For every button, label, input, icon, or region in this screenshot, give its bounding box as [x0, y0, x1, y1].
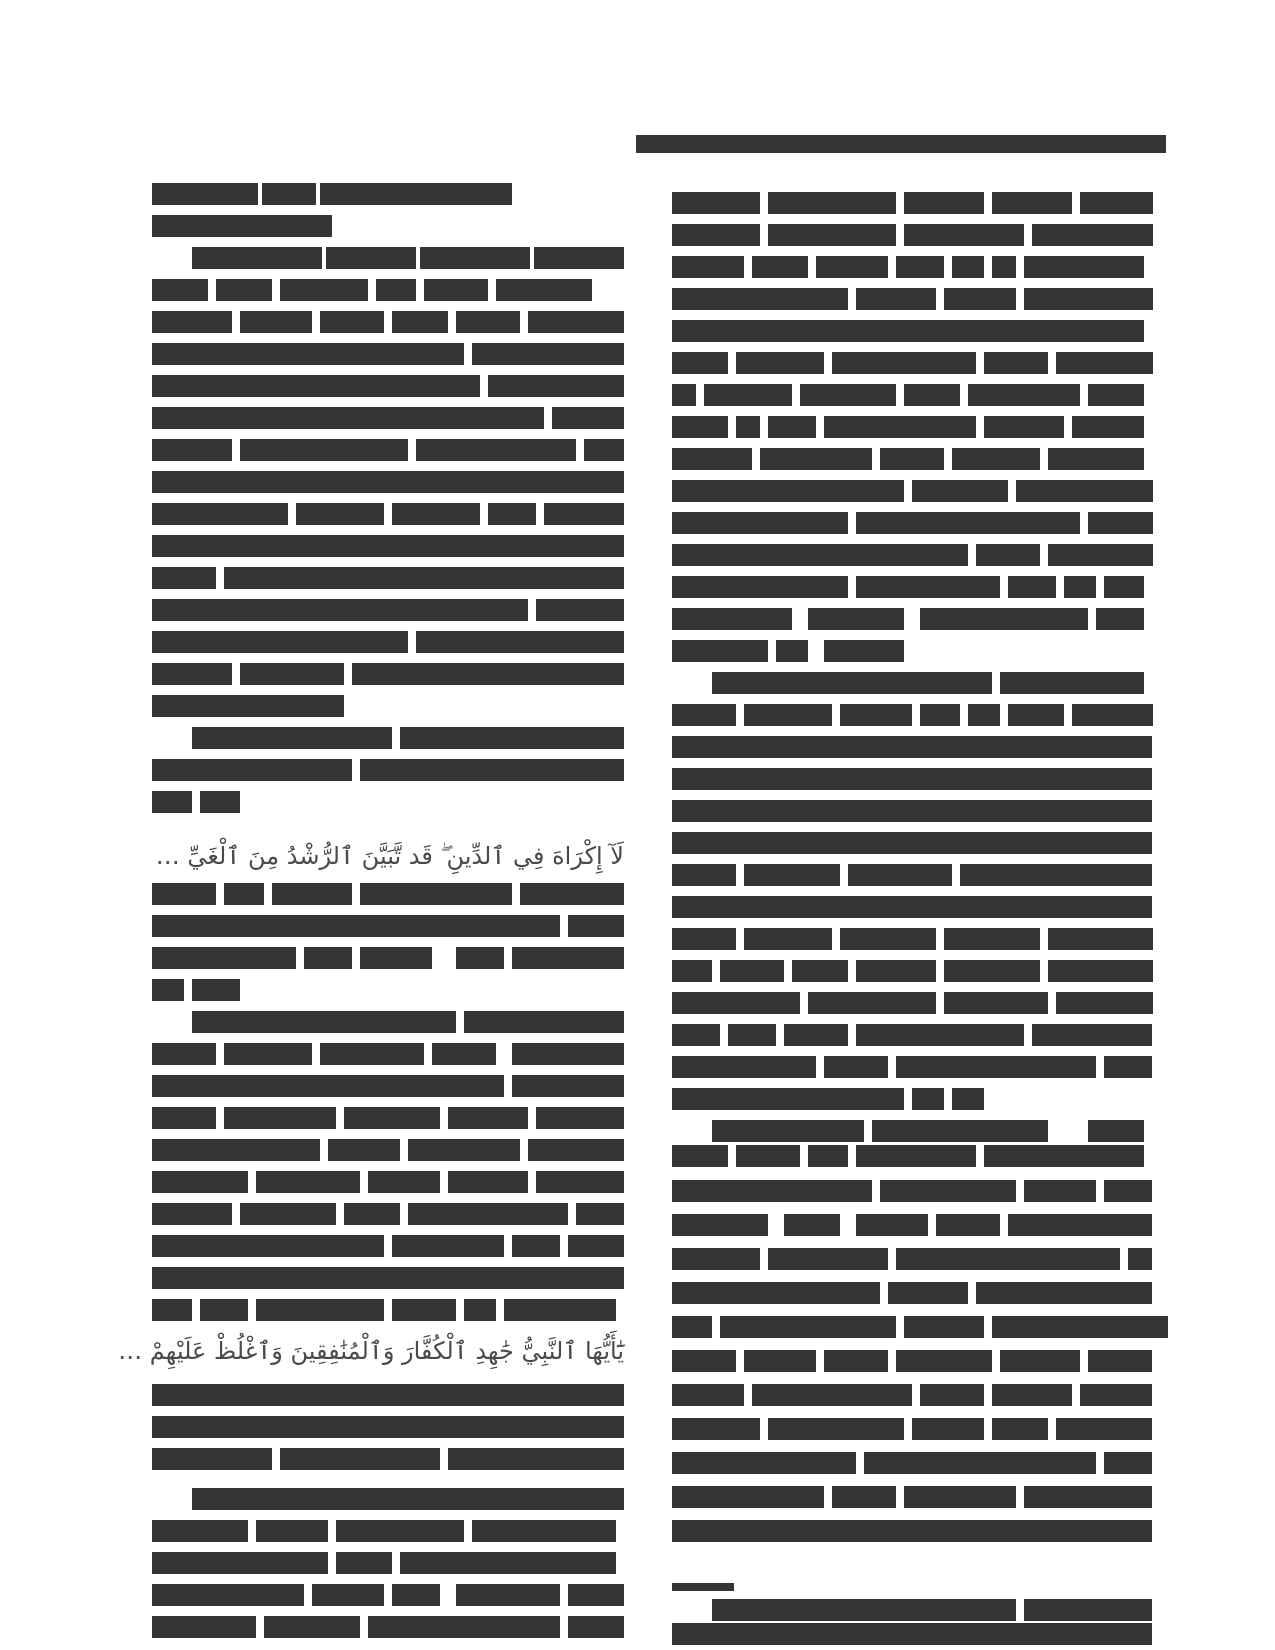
redacted-word: [896, 1056, 1096, 1078]
redacted-word: [152, 883, 216, 905]
redacted-word: [512, 947, 624, 969]
redacted-word: [152, 1552, 328, 1574]
redacted-word: [464, 1011, 624, 1033]
redacted-word: [256, 1520, 328, 1542]
redacted-word: [448, 1171, 488, 1193]
redacted-word: [256, 1171, 360, 1193]
redacted-word: [1072, 704, 1153, 726]
redacted-word: [720, 960, 784, 982]
redacted-word: [672, 1520, 1152, 1542]
redacted-word: [536, 599, 624, 621]
redacted-word: [504, 1299, 616, 1321]
redacted-word: [752, 1384, 832, 1406]
redacted-word: [456, 311, 520, 333]
redacted-word: [968, 704, 1000, 726]
redacted-word: [192, 1488, 624, 1510]
redacted-word: [224, 567, 624, 589]
redacted-word: [896, 1024, 1024, 1046]
redacted-word: [744, 928, 832, 950]
redacted-word: [992, 192, 1072, 214]
redacted-word: [392, 1235, 504, 1257]
redacted-word: [1088, 512, 1153, 534]
redacted-word: [152, 343, 464, 365]
redacted-word: [768, 1418, 904, 1440]
redacted-word: [896, 1350, 992, 1372]
redacted-word: [672, 1623, 1152, 1645]
redacted-word: [800, 384, 896, 406]
redacted-word: [448, 1448, 624, 1470]
redacted-word: [1088, 1120, 1144, 1142]
redacted-word: [152, 439, 232, 461]
redacted-word: [1024, 288, 1153, 310]
redacted-word: [544, 279, 592, 301]
redacted-word: [392, 1299, 456, 1321]
redacted-word: [192, 727, 392, 749]
redacted-word: [152, 1520, 248, 1542]
redacted-word: [808, 1145, 848, 1167]
redacted-word: [672, 1418, 760, 1440]
redacted-word: [832, 352, 976, 374]
redacted-word: [192, 979, 240, 1001]
redacted-word: [672, 928, 736, 950]
redacted-word: [368, 1171, 440, 1193]
redacted-word: [672, 480, 904, 502]
redacted-word: [712, 672, 992, 694]
redacted-word: [272, 883, 352, 905]
redacted-word: [152, 375, 480, 397]
redacted-word: [312, 1584, 384, 1606]
redacted-word: [472, 343, 624, 365]
redacted-word: [672, 736, 1152, 758]
redacted-word: [152, 1267, 624, 1289]
redacted-word: [152, 663, 232, 685]
redacted-word: [944, 992, 1048, 1014]
redacted-word: [528, 311, 624, 333]
redacted-word: [768, 224, 896, 246]
redacted-word: [400, 883, 512, 905]
redacted-word: [152, 1203, 232, 1225]
redacted-word: [520, 883, 624, 905]
redacted-word: [904, 384, 960, 406]
redacted-word: [152, 1584, 304, 1606]
redacted-word: [840, 704, 912, 726]
redacted-word: [1000, 1350, 1080, 1372]
redacted-word: [784, 1214, 840, 1236]
footnote-rule: [672, 1583, 734, 1591]
redacted-word: [1016, 480, 1153, 502]
redacted-word: [848, 864, 952, 886]
redacted-word: [672, 800, 1152, 822]
redacted-word: [976, 544, 1040, 566]
redacted-word: [568, 1616, 624, 1638]
redacted-word: [904, 192, 984, 214]
redacted-word: [952, 256, 984, 278]
redacted-word: [992, 1384, 1072, 1406]
redacted-word: [512, 1043, 624, 1065]
redacted-word: [856, 1214, 928, 1236]
redacted-word: [904, 1316, 984, 1338]
redacted-word: [152, 1299, 192, 1321]
redacted-word: [672, 1180, 872, 1202]
redacted-word: [1056, 992, 1153, 1014]
redacted-word: [896, 256, 944, 278]
redacted-word: [672, 896, 1152, 918]
redacted-word: [744, 704, 832, 726]
redacted-word: [568, 915, 624, 937]
redacted-word: [1104, 1180, 1152, 1202]
redacted-word: [432, 1043, 496, 1065]
redacted-word: [296, 503, 384, 525]
redacted-word: [1056, 352, 1153, 374]
redacted-word: [320, 1043, 424, 1065]
redacted-word: [488, 1171, 528, 1193]
redacted-word: [240, 663, 344, 685]
redacted-word: [672, 1350, 736, 1372]
redacted-word: [152, 979, 184, 1001]
redacted-word: [352, 663, 624, 685]
redacted-word: [192, 1011, 456, 1033]
redacted-word: [1032, 224, 1153, 246]
verse-text: لَآ إِكْرَاهَ فِي ٱلدِّينِ ۖ قَد تَّبَيَ…: [187, 842, 624, 870]
redacted-word: [416, 439, 576, 461]
redacted-word: [832, 1384, 912, 1406]
redacted-word: [856, 288, 936, 310]
redacted-word: [904, 1486, 1016, 1508]
redacted-word: [672, 416, 728, 438]
redacted-word: [512, 1235, 560, 1257]
redacted-word: [408, 1139, 520, 1161]
redacted-word: [736, 352, 824, 374]
redacted-word: [856, 960, 936, 982]
redacted-word: [152, 1139, 320, 1161]
redacted-word: [152, 1171, 248, 1193]
redacted-word: [1032, 1024, 1152, 1046]
redacted-word: [152, 915, 560, 937]
redacted-word: [672, 768, 1152, 790]
redacted-word: [1088, 384, 1144, 406]
redacted-word: [152, 183, 258, 205]
redacted-word: [856, 512, 1080, 534]
redacted-word: [984, 416, 1064, 438]
redacted-word: [1104, 1056, 1152, 1078]
redacted-word: [784, 1024, 848, 1046]
redacted-word: [408, 1203, 568, 1225]
redacted-word: [672, 992, 800, 1014]
redacted-word: [824, 1056, 888, 1078]
redacted-word: [984, 1145, 1144, 1167]
redacted-word: [672, 256, 744, 278]
redacted-word: [672, 576, 848, 598]
redacted-word: [264, 1616, 360, 1638]
redacted-word: [976, 1282, 1072, 1304]
redacted-word: [576, 1203, 624, 1225]
redacted-word: [904, 224, 1024, 246]
redacted-word: [528, 1139, 624, 1161]
redacted-word: [920, 608, 944, 630]
redacted-word: [768, 416, 816, 438]
redacted-word: [1048, 544, 1153, 566]
redacted-word: [488, 375, 624, 397]
redacted-word: [392, 503, 480, 525]
redacted-word: [152, 631, 408, 653]
redacted-word: [152, 947, 296, 969]
verse-ellipsis: …: [118, 1337, 142, 1365]
redacted-word: [672, 1214, 768, 1236]
redacted-word: [512, 1075, 624, 1097]
redacted-word: [1024, 256, 1144, 278]
redacted-word: [552, 407, 624, 429]
redacted-word: [1088, 1350, 1152, 1372]
redacted-word: [1008, 576, 1056, 598]
redacted-word: [320, 183, 512, 205]
redacted-word: [672, 1282, 880, 1304]
redacted-word: [672, 288, 848, 310]
redacted-word: [152, 311, 232, 333]
redacted-word: [768, 1248, 888, 1270]
redacted-word: [1024, 1180, 1096, 1202]
redacted-word: [672, 832, 1152, 854]
redacted-word: [1072, 1282, 1152, 1304]
redacted-word: [456, 1584, 560, 1606]
redacted-word: [824, 640, 904, 662]
redacted-word: [368, 1616, 560, 1638]
redacted-word: [262, 183, 316, 205]
redacted-word: [944, 928, 1040, 950]
redacted-word: [152, 279, 208, 301]
redacted-word: [1024, 1486, 1152, 1508]
redacted-word: [1080, 192, 1153, 214]
redacted-word: [224, 1107, 336, 1129]
redacted-word: [152, 471, 624, 493]
redacted-word: [416, 631, 624, 653]
redacted-word: [360, 759, 624, 781]
redacted-word: [856, 576, 1000, 598]
redacted-word: [152, 1416, 624, 1438]
redacted-word: [376, 279, 416, 301]
redacted-word: [888, 1282, 968, 1304]
redacted-word: [280, 279, 368, 301]
redacted-word: [824, 416, 976, 438]
redacted-word: [744, 1350, 816, 1372]
redacted-word: [672, 320, 1144, 342]
redacted-word: [392, 311, 448, 333]
redacted-word: [736, 1145, 800, 1167]
redacted-word: [880, 1180, 1016, 1202]
redacted-word: [832, 1486, 896, 1508]
redacted-word: [672, 448, 752, 470]
redacted-word: [1104, 576, 1144, 598]
redacted-word: [992, 1418, 1048, 1440]
verse-ellipsis: …: [156, 842, 180, 870]
redacted-word: [584, 439, 624, 461]
redacted-word: [152, 1384, 624, 1406]
redacted-word: [280, 1448, 440, 1470]
arabic-verse-1: لَآ إِكْرَاهَ فِي ٱلدِّينِ ۖ قَد تَّبَيَ…: [152, 842, 624, 870]
redacted-word: [672, 960, 712, 982]
redacted-word: [808, 608, 904, 630]
redacted-word: [320, 311, 384, 333]
redacted-word: [1080, 1384, 1152, 1406]
redacted-word: [912, 1088, 944, 1110]
redacted-word: [992, 1316, 1168, 1338]
redacted-word: [400, 727, 624, 749]
redacted-word: [392, 1584, 440, 1606]
redacted-word: [896, 1248, 1120, 1270]
document-page: لَآ إِكْرَاهَ فِي ٱلدِّينِ ۖ قَد تَّبَيَ…: [0, 0, 1275, 1650]
redacted-word: [672, 224, 760, 246]
redacted-word: [1048, 928, 1153, 950]
redacted-word: [872, 1120, 1048, 1142]
running-head-redacted: [636, 135, 1166, 153]
redacted-word: [152, 759, 352, 781]
redacted-word: [344, 1203, 400, 1225]
redacted-word: [360, 947, 432, 969]
redacted-word: [488, 503, 536, 525]
redacted-word: [1048, 448, 1144, 470]
redacted-word: [152, 407, 544, 429]
redacted-word: [1072, 416, 1144, 438]
redacted-word: [744, 864, 840, 886]
redacted-word: [1000, 672, 1144, 694]
redacted-word: [336, 1520, 464, 1542]
redacted-word: [400, 1552, 576, 1574]
redacted-word: [152, 599, 528, 621]
redacted-word: [448, 1107, 528, 1129]
redacted-word: [152, 1075, 504, 1097]
redacted-word: [840, 928, 936, 950]
redacted-word: [200, 791, 240, 813]
redacted-word: [672, 704, 736, 726]
redacted-word: [336, 1552, 392, 1574]
redacted-word: [672, 608, 792, 630]
redacted-word: [792, 960, 848, 982]
redacted-word: [672, 1452, 856, 1474]
redacted-word: [712, 1599, 1016, 1621]
redacted-word: [1096, 608, 1144, 630]
redacted-word: [152, 791, 192, 813]
redacted-word: [672, 1248, 760, 1270]
redacted-word: [672, 1316, 712, 1338]
redacted-word: [760, 448, 872, 470]
redacted-word: [568, 1584, 624, 1606]
redacted-word: [968, 384, 1080, 406]
redacted-word: [824, 1350, 888, 1372]
redacted-word: [152, 503, 288, 525]
redacted-word: [672, 512, 848, 534]
redacted-word: [224, 1043, 312, 1065]
redacted-word: [856, 1145, 976, 1167]
redacted-word: [768, 192, 896, 214]
redacted-word: [256, 1299, 384, 1321]
redacted-word: [672, 352, 728, 374]
redacted-word: [1064, 576, 1096, 598]
redacted-word: [304, 947, 352, 969]
redacted-word: [704, 384, 792, 406]
redacted-word: [728, 1024, 776, 1046]
redacted-word: [672, 640, 768, 662]
redacted-word: [672, 1145, 728, 1167]
redacted-word: [912, 1418, 984, 1440]
redacted-word: [224, 883, 264, 905]
redacted-word: [152, 215, 332, 237]
redacted-word: [456, 947, 504, 969]
redacted-word: [752, 256, 808, 278]
redacted-word: [1056, 1418, 1152, 1440]
redacted-word: [544, 503, 624, 525]
arabic-verse-2: يَٰٓأَيُّهَا ٱلنَّبِيُّ جَٰهِدِ ٱلْكُفَّ…: [152, 1337, 624, 1365]
redacted-word: [672, 864, 736, 886]
redacted-word: [464, 1299, 496, 1321]
redacted-word: [880, 448, 944, 470]
redacted-word: [672, 544, 968, 566]
redacted-word: [536, 1171, 624, 1193]
redacted-word: [952, 1088, 984, 1110]
redacted-word: [1104, 1452, 1152, 1474]
redacted-word: [326, 247, 416, 269]
redacted-word: [672, 1088, 904, 1110]
redacted-word: [152, 1043, 216, 1065]
redacted-word: [984, 352, 1048, 374]
redacted-word: [1024, 1599, 1152, 1621]
redacted-word: [424, 279, 488, 301]
redacted-word: [534, 247, 624, 269]
redacted-word: [816, 256, 888, 278]
redacted-word: [216, 279, 272, 301]
redacted-word: [560, 1552, 616, 1574]
verse-text: يَٰٓأَيُّهَا ٱلنَّبِيُّ جَٰهِدِ ٱلْكُفَّ…: [150, 1337, 624, 1365]
redacted-word: [152, 695, 344, 717]
redacted-word: [152, 1616, 256, 1638]
redacted-word: [240, 311, 312, 333]
redacted-word: [992, 256, 1016, 278]
redacted-word: [672, 1486, 824, 1508]
redacted-word: [192, 247, 322, 269]
redacted-word: [720, 1316, 896, 1338]
redacted-word: [960, 864, 1152, 886]
redacted-word: [344, 1107, 440, 1129]
redacted-word: [912, 480, 1008, 502]
redacted-word: [944, 960, 1040, 982]
redacted-word: [944, 608, 1088, 630]
redacted-word: [944, 288, 1016, 310]
redacted-word: [672, 1384, 744, 1406]
redacted-word: [536, 1107, 624, 1129]
redacted-word: [920, 1384, 984, 1406]
redacted-word: [152, 1235, 384, 1257]
redacted-word: [736, 416, 760, 438]
redacted-word: [1128, 1248, 1152, 1270]
redacted-word: [152, 1448, 272, 1470]
redacted-word: [472, 1520, 616, 1542]
redacted-word: [672, 1024, 720, 1046]
redacted-word: [672, 384, 696, 406]
redacted-word: [1048, 960, 1153, 982]
redacted-word: [152, 1107, 216, 1129]
redacted-word: [152, 567, 216, 589]
redacted-word: [672, 192, 760, 214]
redacted-word: [936, 1214, 1000, 1236]
redacted-word: [864, 1452, 1096, 1474]
redacted-word: [776, 640, 808, 662]
redacted-word: [792, 1120, 864, 1142]
redacted-word: [328, 1139, 400, 1161]
redacted-word: [672, 1056, 816, 1078]
redacted-word: [568, 1235, 624, 1257]
redacted-word: [240, 439, 408, 461]
redacted-word: [952, 448, 1040, 470]
redacted-word: [420, 247, 530, 269]
redacted-word: [200, 1299, 248, 1321]
